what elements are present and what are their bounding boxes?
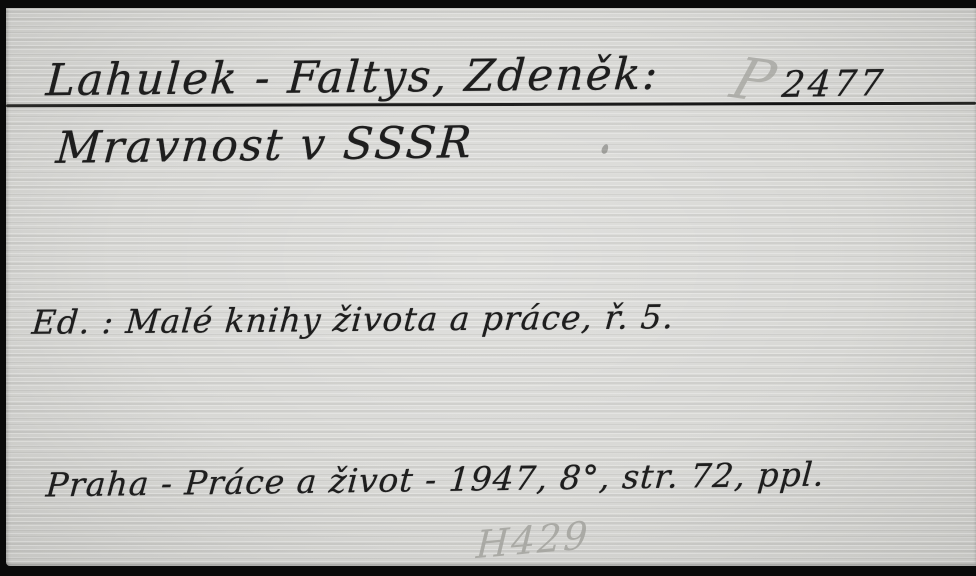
imprint-line: Praha - Práce a život - 1947, 8°, str. 7… — [45, 455, 827, 505]
title-line: Mravnost v SSSR — [54, 117, 475, 174]
catalog-card: Lahulek - Faltys, Zdeněk: P 2477 Mravnos… — [6, 8, 976, 566]
ink-smudge — [600, 143, 609, 154]
author-heading: Lahulek - Faltys, Zdeněk: — [45, 49, 661, 106]
catalog-number: 2477 — [780, 63, 887, 106]
edition-series-line: Ed. : Malé knihy života a práce, ř. 5. — [30, 297, 675, 342]
pencil-code: H429 — [475, 513, 591, 567]
scanner-background: Lahulek - Faltys, Zdeněk: P 2477 Mravnos… — [0, 0, 976, 576]
